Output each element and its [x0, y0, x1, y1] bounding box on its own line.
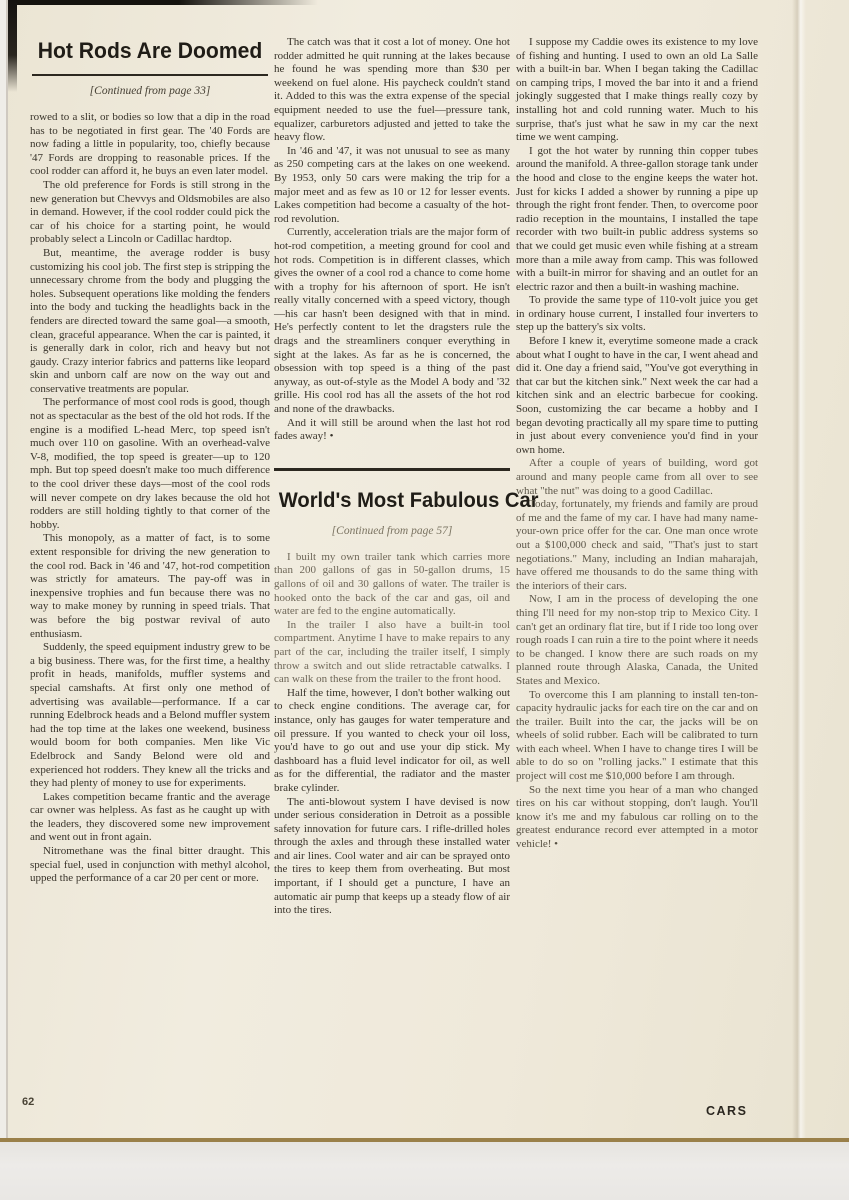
paragraph: Currently, acceleration trials are the m… — [274, 226, 510, 416]
column-1: Hot Rods Are Doomed [Continued from page… — [30, 0, 270, 886]
article2-column2-text: I built my own trailer tank which carrie… — [274, 551, 510, 918]
paragraph: In '46 and '47, it was not unusual to se… — [274, 145, 510, 227]
paragraph: Suddenly, the speed equipment industry g… — [30, 641, 270, 791]
paragraph: But, meantime, the average rodder is bus… — [30, 247, 270, 397]
title-divider-rule — [32, 74, 268, 76]
paragraph: The catch was that it cost a lot of mone… — [274, 36, 510, 145]
article2-title: World's Most Fabulous Car — [279, 489, 506, 513]
paper-background: Hot Rods Are Doomed [Continued from page… — [8, 0, 849, 1138]
paragraph: After a couple of years of building, wor… — [516, 457, 758, 498]
scan-bottom-band — [0, 1142, 849, 1200]
paragraph: I got the hot water by running thin copp… — [516, 145, 758, 295]
magazine-page-scan: Hot Rods Are Doomed [Continued from page… — [0, 0, 849, 1200]
scan-top-edge-mark — [8, 0, 318, 5]
page-number: 62 — [22, 1096, 34, 1108]
column-2: The catch was that it cost a lot of mone… — [274, 0, 510, 918]
paragraph: And it will still be around when the las… — [274, 417, 510, 444]
paragraph: To provide the same type of 110-volt jui… — [516, 294, 758, 335]
paragraph: Before I knew it, everytime someone made… — [516, 335, 758, 457]
column-3: I suppose my Caddie owes its existence t… — [516, 0, 758, 852]
magazine-name-footer: CARS — [706, 1104, 747, 1118]
page-fold-crease — [792, 0, 806, 1138]
paragraph: I suppose my Caddie owes its existence t… — [516, 36, 758, 145]
paragraph: Lakes competition became frantic and the… — [30, 791, 270, 845]
article1-column2-text: The catch was that it cost a lot of mone… — [274, 36, 510, 444]
paragraph: The anti-blowout system I have devised i… — [274, 796, 510, 918]
article2-continued-from: [Continued from page 57] — [274, 525, 510, 537]
section-divider-rule — [274, 468, 510, 471]
scan-corner-mark — [8, 0, 17, 92]
paragraph: Nitromethane was the final bitter draugh… — [30, 845, 270, 886]
article1-column1-text: rowed to a slit, or bodies so low that a… — [30, 111, 270, 886]
paragraph: Half the time, however, I don't bother w… — [274, 687, 510, 796]
article2-column3-text: I suppose my Caddie owes its existence t… — [516, 36, 758, 852]
paragraph: I built my own trailer tank which carrie… — [274, 551, 510, 619]
paragraph: To overcome this I am planning to instal… — [516, 689, 758, 784]
paragraph: Now, I am in the process of developing t… — [516, 593, 758, 688]
paragraph: This monopoly, as a matter of fact, is t… — [30, 532, 270, 641]
article1-title: Hot Rods Are Doomed — [35, 38, 265, 64]
scan-left-edge — [6, 0, 8, 1138]
paragraph: The old preference for Fords is still st… — [30, 179, 270, 247]
paragraph: In the trailer I also have a built-in to… — [274, 619, 510, 687]
paragraph: So the next time you hear of a man who c… — [516, 784, 758, 852]
paragraph: rowed to a slit, or bodies so low that a… — [30, 111, 270, 179]
paragraph: The performance of most cool rods is goo… — [30, 396, 270, 532]
paragraph: Today, fortunately, my friends and famil… — [516, 498, 758, 593]
article1-continued-from: [Continued from page 33] — [30, 85, 270, 97]
